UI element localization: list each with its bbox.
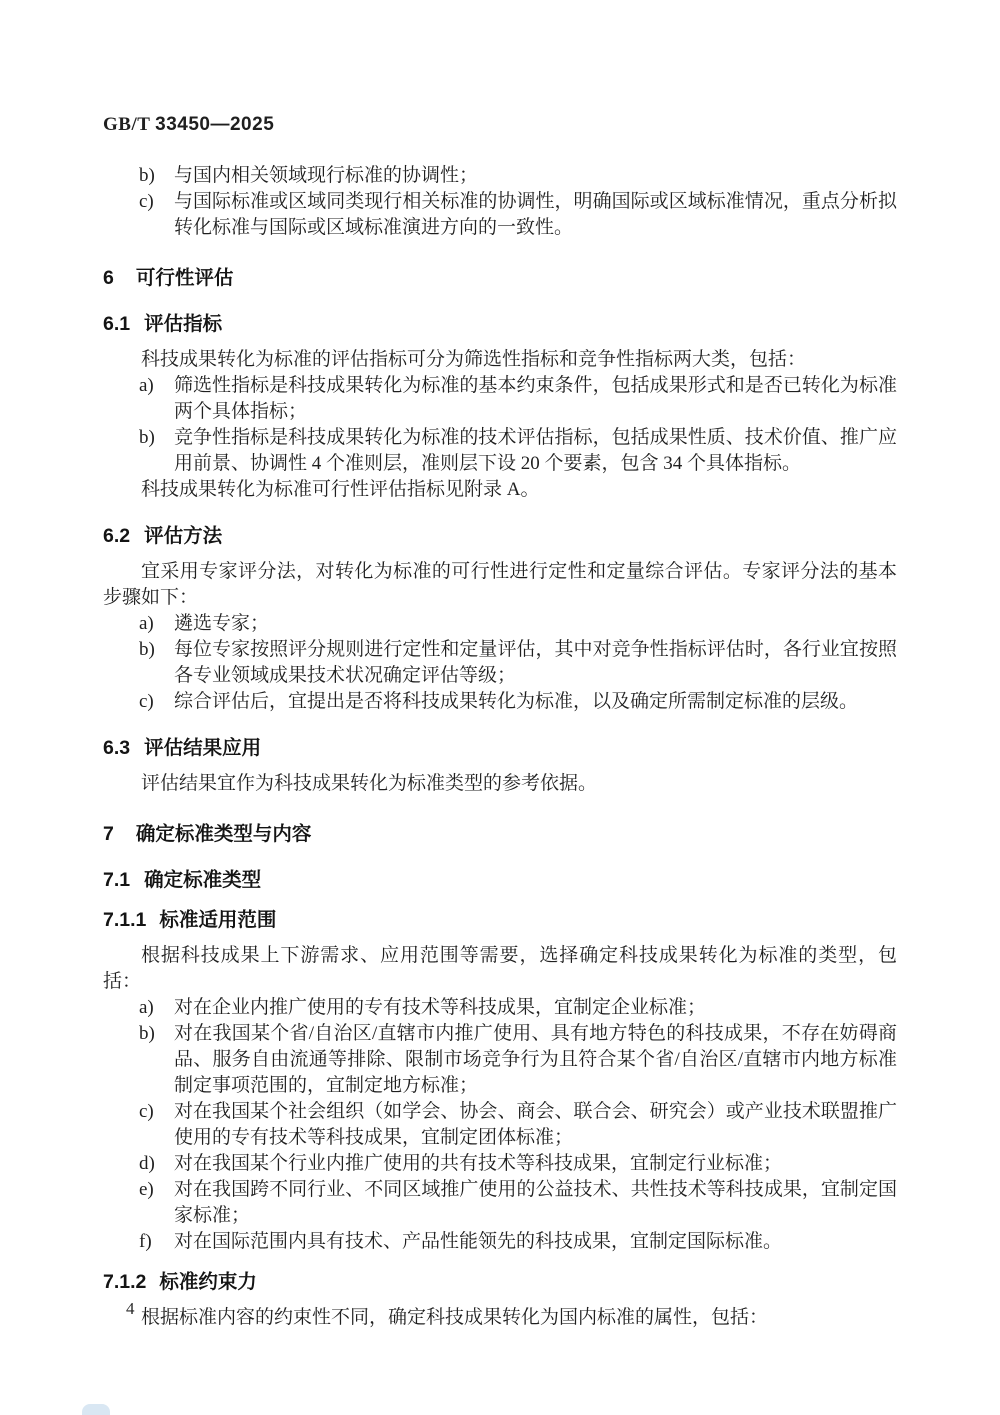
list-item-c: c)与国际标准或区域同类现行相关标准的协调性，明确国际或区域标准情况，重点分析拟… (103, 189, 897, 241)
section-number: 7.1 (103, 867, 130, 893)
section-title: 可行性评估 (136, 267, 234, 289)
document-content: GB/T 33450—2025 b)与国内相关领域现行标准的协调性；c)与国际标… (0, 0, 1000, 1331)
section-title: 确定标准类型与内容 (136, 823, 312, 845)
list-item-text: 竞争性指标是科技成果转化为标准的技术评估指标，包括成果性质、技术价值、推广应用前… (174, 425, 897, 477)
ordered-list: a)遴选专家；b)每位专家按照评分规则进行定性和定量评估，其中对竞争性指标评估时… (103, 611, 897, 715)
ordered-list: a)筛选性指标是科技成果转化为标准的基本约束条件，包括成果形式和是否已转化为标准… (103, 373, 897, 477)
section-number: 6.2 (103, 523, 130, 549)
page-number: 4 (126, 1297, 135, 1321)
ordered-list: a)对在企业内推广使用的专有技术等科技成果，宜制定企业标准；b)对在我国某个省/… (103, 995, 897, 1255)
list-item-e: e)对在我国跨不同行业、不同区域推广使用的公益技术、共性技术等科技成果，宜制定国… (103, 1177, 897, 1229)
list-item-d: d)对在我国某个行业内推广使用的共有技术等科技成果，宜制定行业标准； (103, 1151, 897, 1177)
section-number: 6.1 (103, 311, 130, 337)
list-item-b: b)竞争性指标是科技成果转化为标准的技术评估指标，包括成果性质、技术价值、推广应… (103, 425, 897, 477)
paragraph: 根据标准内容的约束性不同，确定科技成果转化为国内标准的属性，包括： (103, 1305, 897, 1331)
list-item-f: f)对在国际范围内具有技术、产品性能领先的科技成果，宜制定国际标准。 (103, 1229, 897, 1255)
list-item-a: a)对在企业内推广使用的专有技术等科技成果，宜制定企业标准； (103, 995, 897, 1021)
section-title: 标准适用范围 (159, 909, 276, 931)
section-number: 6 (103, 265, 114, 291)
section-title: 确定标准类型 (144, 869, 261, 891)
list-item-label: c) (103, 689, 174, 715)
list-item-label: b) (103, 1021, 174, 1099)
list-item-text: 与国内相关领域现行标准的协调性； (174, 163, 897, 189)
list-item-text: 对在我国某个省/自治区/直辖市内推广使用、具有地方特色的科技成果，不存在妨碍商品… (174, 1021, 897, 1099)
list-item-text: 综合评估后，宜提出是否将科技成果转化为标准，以及确定所需制定标准的层级。 (174, 689, 897, 715)
standard-code: GB/T 33450—2025 (103, 113, 897, 137)
section-number: 7 (103, 821, 114, 847)
ordered-list: b)与国内相关领域现行标准的协调性；c)与国际标准或区域同类现行相关标准的协调性… (103, 163, 897, 241)
paragraph: 科技成果转化为标准的评估指标可分为筛选性指标和竞争性指标两大类，包括： (103, 347, 897, 373)
paragraph: 科技成果转化为标准可行性评估指标见附录 A。 (103, 477, 897, 503)
section-number: 7.1.1 (103, 907, 146, 933)
list-item-label: a) (103, 611, 174, 637)
standard-code-number: 33450—2025 (155, 114, 274, 135)
section-heading-7.1.1: 7.1.1标准适用范围 (103, 907, 897, 933)
list-item-b: b)每位专家按照评分规则进行定性和定量评估，其中对竞争性指标评估时，各行业宜按照… (103, 637, 897, 689)
section-heading-7.1: 7.1确定标准类型 (103, 867, 897, 893)
list-item-label: c) (103, 189, 174, 241)
list-item-text: 与国际标准或区域同类现行相关标准的协调性，明确国际或区域标准情况，重点分析拟转化… (174, 189, 897, 241)
section-heading-6.3: 6.3评估结果应用 (103, 735, 897, 761)
list-item-text: 筛选性指标是科技成果转化为标准的基本约束条件，包括成果形式和是否已转化为标准两个… (174, 373, 897, 425)
list-item-a: a)遴选专家； (103, 611, 897, 637)
list-item-c: c)综合评估后，宜提出是否将科技成果转化为标准，以及确定所需制定标准的层级。 (103, 689, 897, 715)
section-heading-6.2: 6.2评估方法 (103, 523, 897, 549)
list-item-label: e) (103, 1177, 174, 1229)
list-item-c: c)对在我国某个社会组织（如学会、协会、商会、联合会、研究会）或产业技术联盟推广… (103, 1099, 897, 1151)
standard-code-prefix: GB/T (103, 114, 150, 135)
list-item-label: b) (103, 425, 174, 477)
list-item-a: a)筛选性指标是科技成果转化为标准的基本约束条件，包括成果形式和是否已转化为标准… (103, 373, 897, 425)
list-item-text: 每位专家按照评分规则进行定性和定量评估，其中对竞争性指标评估时，各行业宜按照各专… (174, 637, 897, 689)
document-page: GB/T 33450—2025 b)与国内相关领域现行标准的协调性；c)与国际标… (0, 0, 1000, 1415)
list-item-b: b)与国内相关领域现行标准的协调性； (103, 163, 897, 189)
list-item-text: 对在企业内推广使用的专有技术等科技成果，宜制定企业标准； (174, 995, 897, 1021)
section-title: 评估结果应用 (144, 737, 261, 759)
document-body: b)与国内相关领域现行标准的协调性；c)与国际标准或区域同类现行相关标准的协调性… (103, 163, 897, 1331)
section-title: 评估指标 (144, 313, 222, 335)
section-heading-7: 7确定标准类型与内容 (103, 821, 897, 847)
section-heading-6: 6可行性评估 (103, 265, 897, 291)
list-item-label: d) (103, 1151, 174, 1177)
list-item-label: a) (103, 995, 174, 1021)
section-title: 评估方法 (144, 525, 222, 547)
section-heading-7.1.2: 7.1.2标准约束力 (103, 1269, 897, 1295)
paragraph: 评估结果宜作为科技成果转化为标准类型的参考依据。 (103, 771, 897, 797)
list-item-text: 对在我国跨不同行业、不同区域推广使用的公益技术、共性技术等科技成果，宜制定国家标… (174, 1177, 897, 1229)
list-item-label: b) (103, 637, 174, 689)
list-item-text: 对在我国某个社会组织（如学会、协会、商会、联合会、研究会）或产业技术联盟推广使用… (174, 1099, 897, 1151)
list-item-text: 遴选专家； (174, 611, 897, 637)
section-heading-6.1: 6.1评估指标 (103, 311, 897, 337)
list-item-label: c) (103, 1099, 174, 1151)
list-item-label: f) (103, 1229, 174, 1255)
paragraph: 根据科技成果上下游需求、应用范围等需要，选择确定科技成果转化为标准的类型，包括： (103, 943, 897, 995)
section-title: 标准约束力 (159, 1271, 257, 1293)
list-item-b: b)对在我国某个省/自治区/直辖市内推广使用、具有地方特色的科技成果，不存在妨碍… (103, 1021, 897, 1099)
section-number: 6.3 (103, 735, 130, 761)
section-number: 7.1.2 (103, 1269, 146, 1295)
list-item-text: 对在国际范围内具有技术、产品性能领先的科技成果，宜制定国际标准。 (174, 1229, 897, 1255)
corner-decoration (82, 1404, 110, 1415)
list-item-label: a) (103, 373, 174, 425)
list-item-text: 对在我国某个行业内推广使用的共有技术等科技成果，宜制定行业标准； (174, 1151, 897, 1177)
paragraph: 宜采用专家评分法，对转化为标准的可行性进行定性和定量综合评估。专家评分法的基本步… (103, 559, 897, 611)
list-item-label: b) (103, 163, 174, 189)
